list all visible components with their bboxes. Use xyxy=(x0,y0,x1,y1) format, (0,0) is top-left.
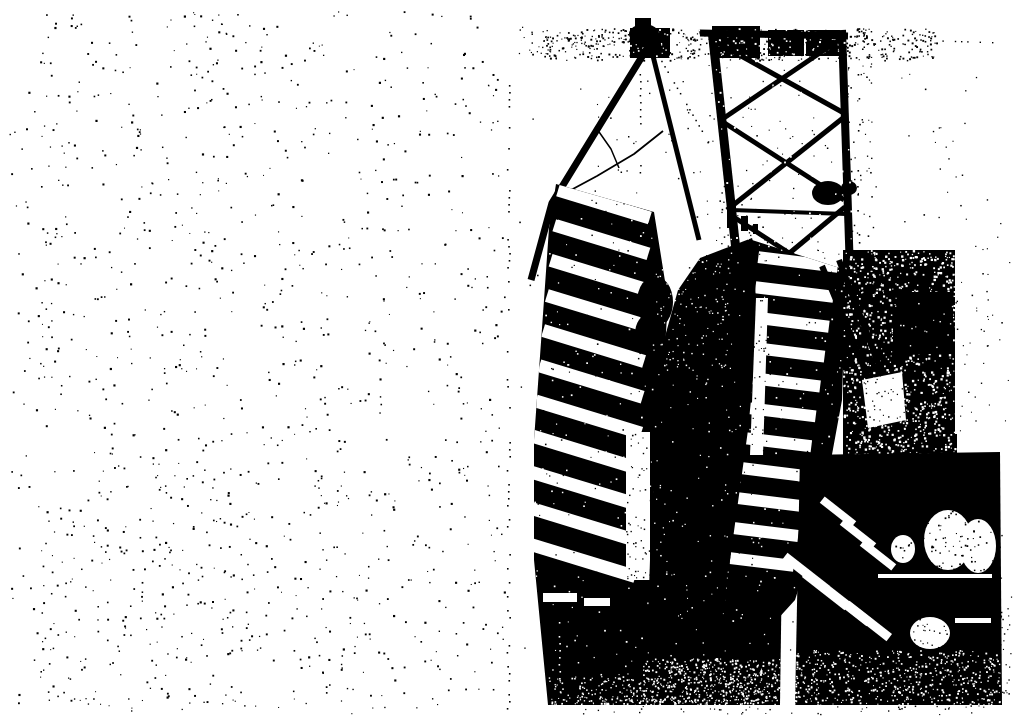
scanned-page-spread xyxy=(0,0,1024,724)
halftone-scan-canvas xyxy=(0,0,1024,724)
